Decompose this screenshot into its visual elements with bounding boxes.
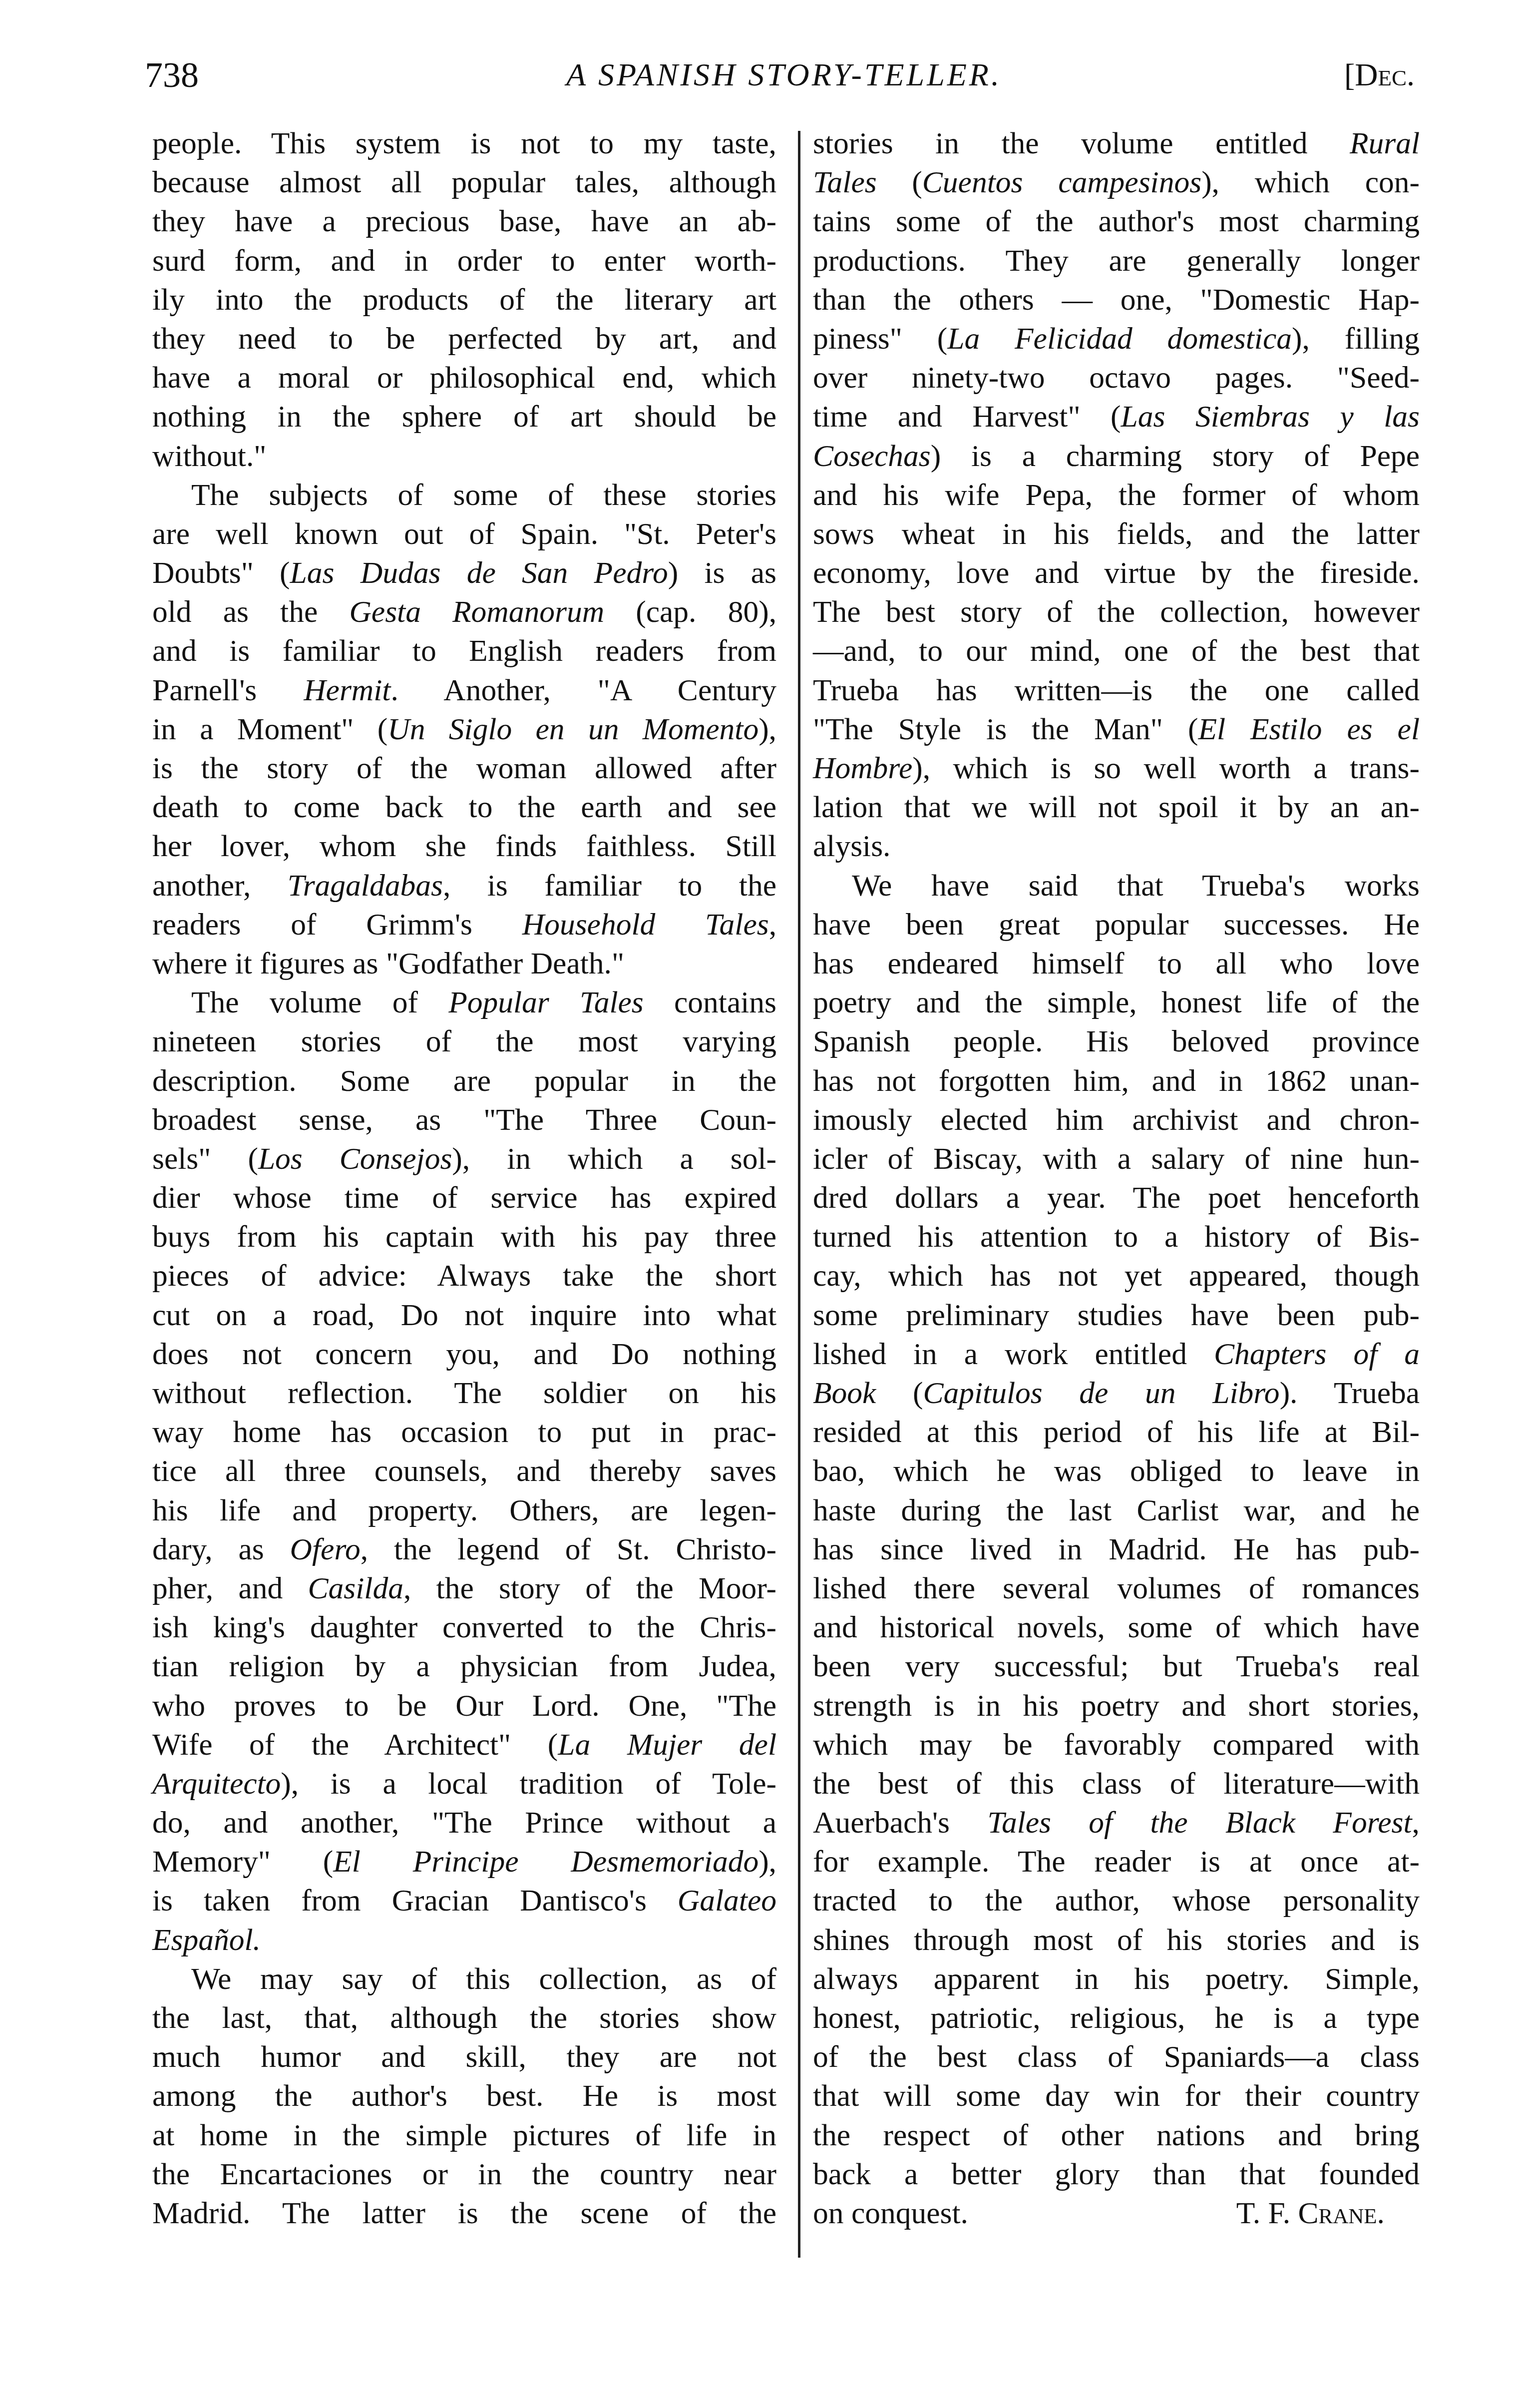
text-line: ish king's daughter converted to the Chr… xyxy=(152,1608,776,1647)
text-line: broadest sense, as "The Three Coun- xyxy=(152,1100,776,1139)
text-line: cut on a road, Do not inquire into what xyxy=(152,1296,776,1335)
text-line: of the best class of Spaniards—a class xyxy=(813,2037,1420,2076)
right-column: stories in the volume entitled RuralTale… xyxy=(813,124,1420,2233)
text-line: the best of this class of literature—wit… xyxy=(813,1764,1420,1803)
text-line: death to come back to the earth and see xyxy=(152,788,776,827)
text-line: has not forgotten him, and in 1862 unan- xyxy=(813,1061,1420,1100)
text-line: without reflection. The soldier on his xyxy=(152,1374,776,1413)
text-line: Book (Capitulos de un Libro). Trueba xyxy=(813,1374,1420,1413)
issue-month: [Dec. xyxy=(1344,47,1415,102)
text-line: always apparent in his poetry. Simple, xyxy=(813,1959,1420,1998)
page-number: 738 xyxy=(145,47,199,102)
text-line: productions. They are generally longer xyxy=(813,241,1420,280)
text-line: bao, which he was obliged to leave in xyxy=(813,1451,1420,1490)
text-line: —and, to our mind, one of the best that xyxy=(813,631,1420,670)
text-line: Cosechas) is a charming story of Pepe xyxy=(813,437,1420,476)
text-line: for example. The reader is at once at- xyxy=(813,1842,1420,1881)
text-line: has since lived in Madrid. He has pub- xyxy=(813,1530,1420,1569)
text-line: the Encartaciones or in the country near xyxy=(152,2155,776,2194)
text-line: sels" (Los Consejos), in which a sol- xyxy=(152,1139,776,1178)
text-line: much humor and skill, they are not xyxy=(152,2037,776,2076)
text-line: in a Moment" (Un Siglo en un Momento), xyxy=(152,710,776,749)
text-line: Parnell's Hermit. Another, "A Century xyxy=(152,671,776,710)
text-line: tracted to the author, whose personality xyxy=(813,1881,1420,1920)
text-line: people. This system is not to my taste, xyxy=(152,124,776,163)
text-line: have been great popular successes. He xyxy=(813,905,1420,944)
text-line: and his wife Pepa, the former of whom xyxy=(813,476,1420,514)
text-line: way home has occasion to put in prac- xyxy=(152,1413,776,1451)
text-line: lation that we will not spoil it by an a… xyxy=(813,788,1420,827)
text-line: and is familiar to English readers from xyxy=(152,631,776,670)
text-line: pher, and Casilda, the story of the Moor… xyxy=(152,1569,776,1608)
text-line: readers of Grimm's Household Tales, xyxy=(152,905,776,944)
text-line: which may be favorably compared with xyxy=(813,1725,1420,1764)
text-line: some preliminary studies have been pub- xyxy=(813,1296,1420,1335)
text-line: where it figures as "Godfather Death." xyxy=(152,944,776,983)
text-line: turned his attention to a history of Bis… xyxy=(813,1217,1420,1256)
text-line: ily into the products of the literary ar… xyxy=(152,280,776,319)
text-line: lished there several volumes of romances xyxy=(813,1569,1420,1608)
text-line: economy, love and virtue by the fireside… xyxy=(813,553,1420,592)
text-line: without." xyxy=(152,437,776,476)
text-line: dier whose time of service has expired xyxy=(152,1178,776,1217)
running-title: A SPANISH STORY-TELLER. xyxy=(519,47,1049,102)
text-line: resided at this period of his life at Bi… xyxy=(813,1413,1420,1451)
left-column: people. This system is not to my taste,b… xyxy=(152,124,776,2233)
text-line: the respect of other nations and bring xyxy=(813,2116,1420,2155)
text-line: Spanish people. His beloved province xyxy=(813,1022,1420,1061)
text-line: are well known out of Spain. "St. Peter'… xyxy=(152,514,776,553)
text-line: alysis. xyxy=(813,827,1420,866)
text-line: We may say of this collection, as of xyxy=(152,1959,776,1998)
text-line: surd form, and in order to enter worth- xyxy=(152,241,776,280)
text-line: on conquest.T. F. Crane. xyxy=(813,2194,1420,2233)
text-line: and historical novels, some of which hav… xyxy=(813,1608,1420,1647)
text-line: does not concern you, and Do nothing xyxy=(152,1335,776,1374)
text-line: piness" (La Felicidad domestica), fillin… xyxy=(813,319,1420,358)
text-line: The best story of the collection, howeve… xyxy=(813,592,1420,631)
text-line: Doubts" (Las Dudas de San Pedro) is as xyxy=(152,553,776,592)
text-line: nothing in the sphere of art should be xyxy=(152,397,776,436)
text-line: cay, which has not yet appeared, though xyxy=(813,1256,1420,1295)
text-line: dred dollars a year. The poet henceforth xyxy=(813,1178,1420,1217)
text-line: poetry and the simple, honest life of th… xyxy=(813,983,1420,1022)
text-line: another, Tragaldabas, is familiar to the xyxy=(152,866,776,905)
text-line: icler of Biscay, with a salary of nine h… xyxy=(813,1139,1420,1178)
text-line: because almost all popular tales, althou… xyxy=(152,163,776,202)
text-line: haste during the last Carlist war, and h… xyxy=(813,1491,1420,1530)
text-line: tains some of the author's most charming xyxy=(813,202,1420,241)
text-line: Wife of the Architect" (La Mujer del xyxy=(152,1725,776,1764)
text-line: shines through most of his stories and i… xyxy=(813,1921,1420,1959)
text-line: among the author's best. He is most xyxy=(152,2076,776,2115)
text-line: dary, as Ofero, the legend of St. Christ… xyxy=(152,1530,776,1569)
text-line: that will some day win for their country xyxy=(813,2076,1420,2115)
text-line: over ninety-two octavo pages. "Seed- xyxy=(813,358,1420,397)
text-line: Memory" (El Principe Desmemoriado), xyxy=(152,1842,776,1881)
text-line: pieces of advice: Always take the short xyxy=(152,1256,776,1295)
text-line: Tales (Cuentos campesinos), which con- xyxy=(813,163,1420,202)
text-line: We have said that Trueba's works xyxy=(813,866,1420,905)
text-line: stories in the volume entitled Rural xyxy=(813,124,1420,163)
text-line: is the story of the woman allowed after xyxy=(152,749,776,788)
text-line: tian religion by a physician from Judea, xyxy=(152,1647,776,1686)
text-line: than the others — one, "Domestic Hap- xyxy=(813,280,1420,319)
column-rule xyxy=(798,131,800,2258)
text-line: old as the Gesta Romanorum (cap. 80), xyxy=(152,592,776,631)
text-line: The volume of Popular Tales contains xyxy=(152,983,776,1022)
running-header: 738 A SPANISH STORY-TELLER. [Dec. xyxy=(0,47,1515,102)
text-line: the last, that, although the stories sho… xyxy=(152,1998,776,2037)
author-signature: T. F. Crane. xyxy=(1236,2194,1385,2233)
text-line: tice all three counsels, and thereby sav… xyxy=(152,1451,776,1490)
text-line: is taken from Gracian Dantisco's Galateo xyxy=(152,1881,776,1920)
text-line: her lover, whom she finds faithless. Sti… xyxy=(152,827,776,866)
text-line: have a moral or philosophical end, which xyxy=(152,358,776,397)
text-line: Madrid. The latter is the scene of the xyxy=(152,2194,776,2233)
text-line: "The Style is the Man" (El Estilo es el xyxy=(813,710,1420,749)
text-line: time and Harvest" (Las Siembras y las xyxy=(813,397,1420,436)
text-line: back a better glory than that founded xyxy=(813,2155,1420,2194)
text-line: imously elected him archivist and chron- xyxy=(813,1100,1420,1139)
text-line: The subjects of some of these stories xyxy=(152,476,776,514)
text-line: who proves to be Our Lord. One, "The xyxy=(152,1686,776,1725)
text-line: Español. xyxy=(152,1921,776,1959)
text-line: lished in a work entitled Chapters of a xyxy=(813,1335,1420,1374)
text-line: nineteen stories of the most varying xyxy=(152,1022,776,1061)
text-line: description. Some are popular in the xyxy=(152,1061,776,1100)
text-line: honest, patriotic, religious, he is a ty… xyxy=(813,1998,1420,2037)
text-line: Trueba has written—is the one called xyxy=(813,671,1420,710)
text-line: they have a precious base, have an ab- xyxy=(152,202,776,241)
text-line: sows wheat in his fields, and the latter xyxy=(813,514,1420,553)
text-line: Auerbach's Tales of the Black Forest, xyxy=(813,1803,1420,1842)
text-line: has endeared himself to all who love xyxy=(813,944,1420,983)
text-line: his life and property. Others, are legen… xyxy=(152,1491,776,1530)
text-line: they need to be perfected by art, and xyxy=(152,319,776,358)
text-line: at home in the simple pictures of life i… xyxy=(152,2116,776,2155)
text-line: Hombre), which is so well worth a trans- xyxy=(813,749,1420,788)
text-line: Arquitecto), is a local tradition of Tol… xyxy=(152,1764,776,1803)
text-line: buys from his captain with his pay three xyxy=(152,1217,776,1256)
text-line: strength is in his poetry and short stor… xyxy=(813,1686,1420,1725)
text-line: do, and another, "The Prince without a xyxy=(152,1803,776,1842)
text-line: been very successful; but Trueba's real xyxy=(813,1647,1420,1686)
